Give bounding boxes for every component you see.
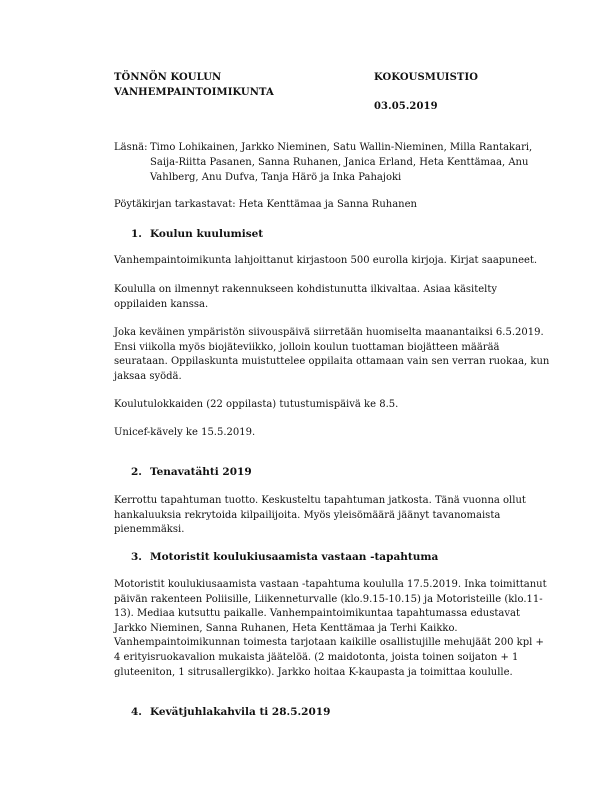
paragraph-line: seurataan. Oppilaskunta muistuttelee opp… (114, 355, 549, 370)
paragraph-line: Vanhempaintoimikunnan toimesta tarjotaan… (114, 636, 547, 651)
attendees-line: Timo Lohikainen, Jarkko Nieminen, Satu W… (150, 141, 532, 156)
paragraph-line: Vanhempaintoimikunta lahjoittanut kirjas… (114, 254, 537, 269)
attendees-line: Vahlberg, Anu Dufva, Tanja Härö ja Inka … (150, 171, 401, 186)
paragraph-line: gluteeniton, 1 sitrusallergikko). Jarkko… (114, 666, 547, 681)
org-name-line1: TÖNNÖN KOULUN (114, 72, 221, 83)
paragraph-line: Motoristit koulukiusaamista vastaan -tap… (114, 578, 547, 593)
section-number: 2. (131, 466, 150, 478)
attendees-line: Saija-Riitta Pasanen, Sanna Ruhanen, Jan… (150, 156, 528, 171)
section-title: Tenavatähti 2019 (150, 466, 252, 478)
paragraph: Kerrottu tapahtuman tuotto. Keskusteltu … (114, 494, 526, 538)
paragraph-line: 4 erityisruokavalion mukaista jäätelöä. … (114, 651, 547, 666)
document-date: 03.05.2019 (374, 101, 438, 112)
section-title: Motoristit koulukiusaamista vastaan -tap… (150, 551, 438, 563)
reviewers: Pöytäkirjan tarkastavat: Heta Kenttämaa … (114, 198, 417, 213)
paragraph-line: 13). Mediaa kutsuttu paikalle. Vanhempai… (114, 607, 547, 622)
section-heading: 1.Koulun kuulumiset (131, 228, 263, 240)
paragraph-line: Joka keväinen ympäristön siivouspäivä si… (114, 326, 549, 341)
paragraph-line: Koulutulokkaiden (22 oppilasta) tutustum… (114, 398, 398, 413)
paragraph-line: Ensi viikolla myös biojäteviikko, jolloi… (114, 341, 549, 356)
section-number: 1. (131, 228, 150, 240)
paragraph-line: Kerrottu tapahtuman tuotto. Keskusteltu … (114, 494, 526, 509)
paragraph-line: Unicef-kävely ke 15.5.2019. (114, 426, 255, 441)
section-heading: 4.Kevätjuhlakahvila ti 28.5.2019 (131, 706, 330, 718)
paragraph: Unicef-kävely ke 15.5.2019. (114, 426, 255, 441)
paragraph: Motoristit koulukiusaamista vastaan -tap… (114, 578, 547, 680)
paragraph: Joka keväinen ympäristön siivouspäivä si… (114, 326, 549, 384)
section-title: Koulun kuulumiset (150, 228, 263, 240)
paragraph-line: Jarkko Nieminen, Sanna Ruhanen, Heta Ken… (114, 622, 547, 637)
paragraph-line: pienemmäksi. (114, 523, 526, 538)
paragraph-line: hankaluuksia rekrytoida kilpailijoita. M… (114, 509, 526, 524)
paragraph: Koululla on ilmennyt rakennukseen kohdis… (114, 283, 497, 312)
paragraph-line: päivän rakenteen Poliisille, Liikennetur… (114, 593, 547, 608)
section-number: 3. (131, 551, 150, 563)
paragraph-line: oppilaiden kanssa. (114, 298, 497, 313)
paragraph-line: Koululla on ilmennyt rakennukseen kohdis… (114, 283, 497, 298)
section-heading: 3.Motoristit koulukiusaamista vastaan -t… (131, 551, 438, 563)
paragraph-line: jaksaa syödä. (114, 370, 549, 385)
attendees-label: Läsnä: (114, 141, 148, 156)
document-type: KOKOUSMUISTIO (374, 72, 478, 83)
section-number: 4. (131, 706, 150, 718)
paragraph: Vanhempaintoimikunta lahjoittanut kirjas… (114, 254, 537, 269)
section-title: Kevätjuhlakahvila ti 28.5.2019 (150, 706, 330, 718)
paragraph: Koulutulokkaiden (22 oppilasta) tutustum… (114, 398, 398, 413)
section-heading: 2.Tenavatähti 2019 (131, 466, 252, 478)
document-page: TÖNNÖN KOULUN VANHEMPAINTOIMIKUNTA KOKOU… (0, 0, 612, 792)
org-name-line2: VANHEMPAINTOIMIKUNTA (114, 87, 274, 98)
